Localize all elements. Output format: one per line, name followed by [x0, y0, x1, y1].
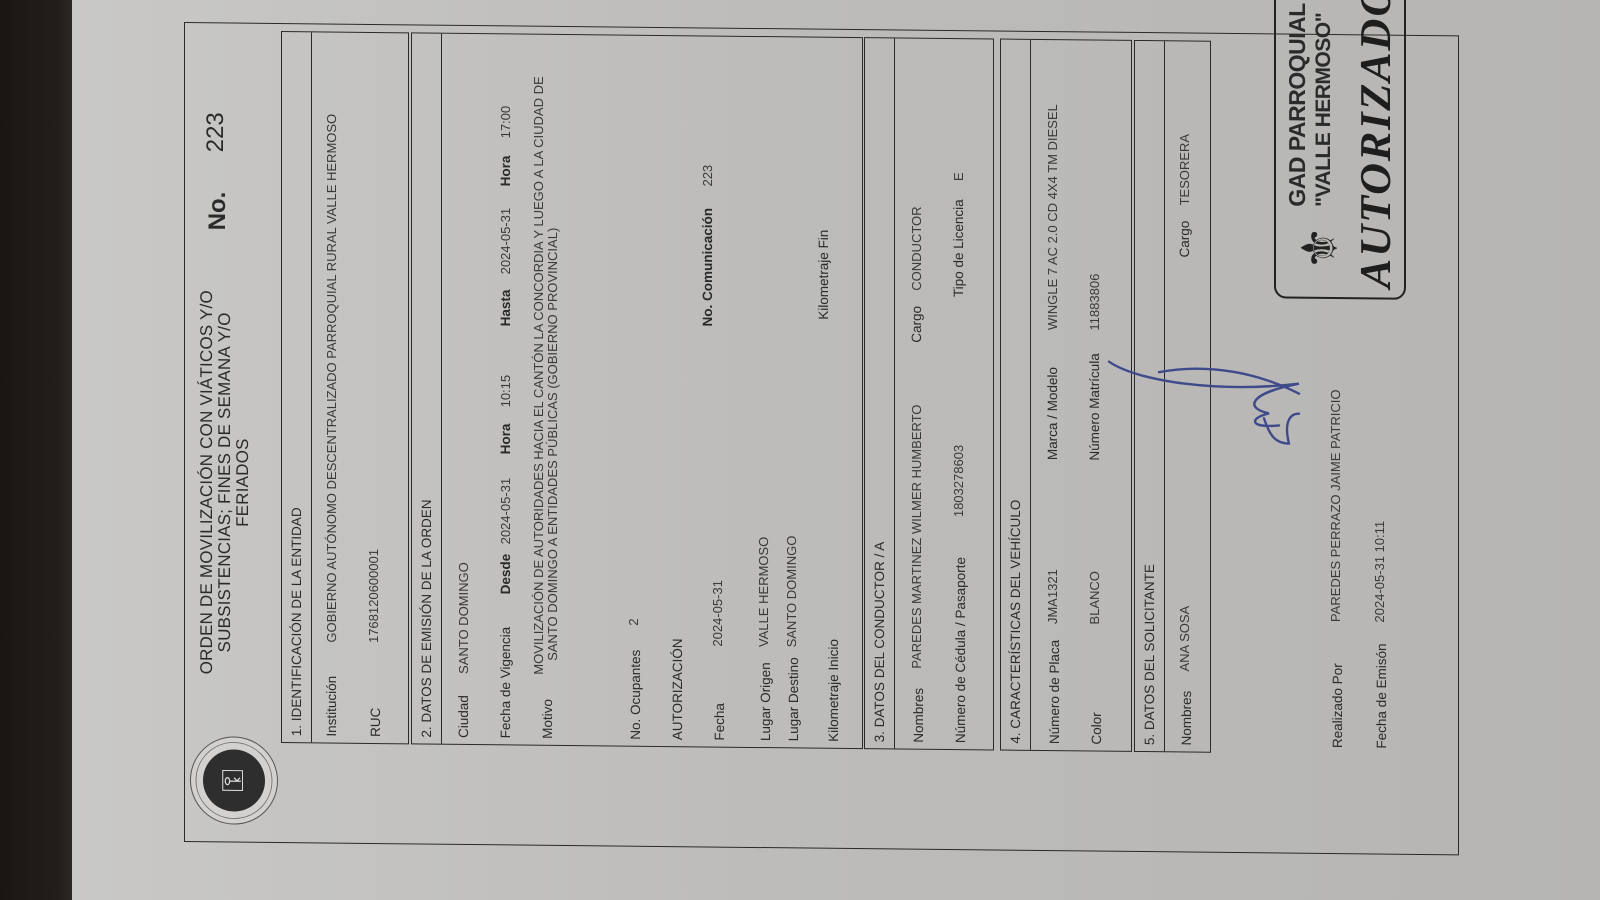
km-start-label: Kilometraje Inicio: [826, 639, 841, 742]
handwritten-signature: [1099, 302, 1349, 515]
institution-label: Institución: [324, 676, 339, 737]
mobilization-order-form: ⚿ ORDEN DE MOVILIZACIÓN CON VIÁTICOS Y/O…: [184, 22, 1459, 855]
form-title: ORDEN DE MOVILIZACIÓN CON VIÁTICOS Y/O S…: [198, 242, 252, 723]
color-value: BLANCO: [1087, 571, 1102, 625]
make-model-value: WINGLE 7 AC 2.0 CD 4X4 TM DIESEL: [1045, 104, 1060, 330]
occupants-label: No. Ocupantes: [628, 650, 643, 740]
destination-value: SANTO DOMINGO: [784, 536, 799, 648]
to-hour: 17:00: [498, 106, 513, 139]
key-seal-icon: ⚿: [190, 736, 278, 825]
city-label: Ciudad: [456, 695, 471, 738]
date-value: 2024-05-31: [710, 580, 725, 647]
section-title: 4. CARACTERÍSTICAS DEL VEHÍCULO: [1001, 40, 1031, 750]
section-entity-identification: 1. IDENTIFICACIÓN DE LA ENTIDAD Instituc…: [281, 31, 409, 744]
communication-number-value: 223: [700, 165, 715, 187]
requester-role-label: Cargo: [1177, 221, 1192, 258]
title-line-2: SUBSISTENCIAS; FINES DE SEMANA Y/O: [216, 242, 234, 722]
form-footer: Realizado Por PAREDES PERRAZO JAIME PATR…: [1214, 43, 1449, 755]
stamp-line-1: GAD PARROQUIAL: [1284, 3, 1311, 207]
to-label: Hasta: [498, 290, 513, 327]
section-title: 2. DATOS DE EMISIÓN DE LA ORDEN: [412, 33, 442, 743]
date-label: Fecha: [712, 703, 727, 741]
plate-label: Número de Placa: [1047, 640, 1062, 744]
km-end-label: Kilometraje Fin: [816, 230, 831, 320]
to-hour-label: Hora: [498, 156, 513, 187]
from-hour-label: Hora: [498, 424, 513, 455]
to-date: 2024-05-31: [498, 208, 513, 275]
license-type-label: Tipo de Licencia: [951, 199, 966, 297]
reason-line-1: MOVILIZACIÓN DE AUTORIDADES HACIA EL CAN…: [532, 76, 546, 675]
requester-name-label: Nombres: [1179, 691, 1194, 746]
from-hour: 10:15: [498, 375, 513, 408]
from-date: 2024-05-31: [498, 478, 513, 545]
stamp-line-2: "VALLE HERMOSO": [1312, 13, 1336, 207]
id-number-label: Número de Cédula / Pasaporte: [953, 557, 968, 743]
prepared-by-label: Realizado Por: [1330, 663, 1345, 748]
issue-date-label: Fecha de Emisón: [1374, 643, 1389, 748]
color-label: Color: [1089, 712, 1104, 744]
from-label: Desde: [498, 554, 513, 595]
ruc-label: RUC: [368, 708, 383, 737]
section-title: 1. IDENTIFICACIÓN DE LA ENTIDAD: [282, 32, 312, 742]
section-title: 3. DATOS DEL CONDUCTOR / A: [865, 38, 895, 748]
driver-name-label: Nombres: [911, 688, 926, 743]
validity-label: Fecha de Vigencia: [498, 627, 513, 739]
authorization-label: AUTORIZACIÓN: [670, 638, 685, 740]
logo-ring: [191, 737, 277, 824]
driver-role-value: CONDUCTOR: [909, 206, 924, 290]
license-type-value: E: [951, 172, 966, 181]
title-line-3: FERIADOS: [234, 243, 252, 723]
city-value: SANTO DOMINGO: [456, 562, 471, 674]
origin-value: VALLE HERMOSO: [756, 537, 771, 647]
communication-number-label: No. Comunicación: [700, 208, 715, 327]
stamp-status: AUTORIZADO: [1350, 0, 1401, 294]
order-number-label: No.: [204, 192, 232, 231]
reason-line-2: SANTO DOMINGO A ENTIDADES PÚBLICAS (GOBI…: [546, 76, 560, 675]
form-header: ⚿ ORDEN DE MOVILIZACIÓN CON VIÁTICOS Y/O…: [184, 22, 279, 843]
plate-value: JMA1321: [1045, 569, 1060, 624]
driver-role-label: Cargo: [909, 306, 924, 343]
origin-label: Lugar Origen: [758, 662, 773, 741]
photo-background: [0, 0, 72, 900]
reason-label: Motivo: [540, 699, 555, 739]
destination-label: Lugar Destino: [786, 657, 801, 741]
section-driver: 3. DATOS DEL CONDUCTOR / A Nombres PARED…: [864, 37, 994, 750]
occupants-value: 2: [626, 618, 641, 625]
issue-date-value: 2024-05-31 10:11: [1372, 521, 1387, 623]
id-number-value: 1803278603: [951, 445, 966, 517]
authorization-stamp: ⚜ GAD PARROQUIAL "VALLE HERMOSO" AUTORIZ…: [1274, 0, 1406, 300]
requester-name-value: ANA SOSA: [1177, 606, 1192, 672]
order-number: 223: [202, 112, 230, 152]
coat-of-arms-icon: ⚜: [1284, 207, 1356, 290]
requester-role-value: TESORERA: [1177, 134, 1192, 206]
section-order-issuance: 2. DATOS DE EMISIÓN DE LA ORDEN Ciudad S…: [411, 32, 863, 749]
title-line-1: ORDEN DE MOVILIZACIÓN CON VIÁTICOS Y/O: [198, 242, 216, 722]
institution-value: GOBIERNO AUTÓNOMO DESCENTRALIZADO PARROQ…: [324, 114, 339, 643]
ruc-value: 1768120600001: [366, 549, 381, 643]
make-model-label: Marca / Modelo: [1045, 367, 1060, 460]
driver-name-value: PAREDES MARTINEZ WILMER HUMBERTO: [909, 404, 924, 668]
